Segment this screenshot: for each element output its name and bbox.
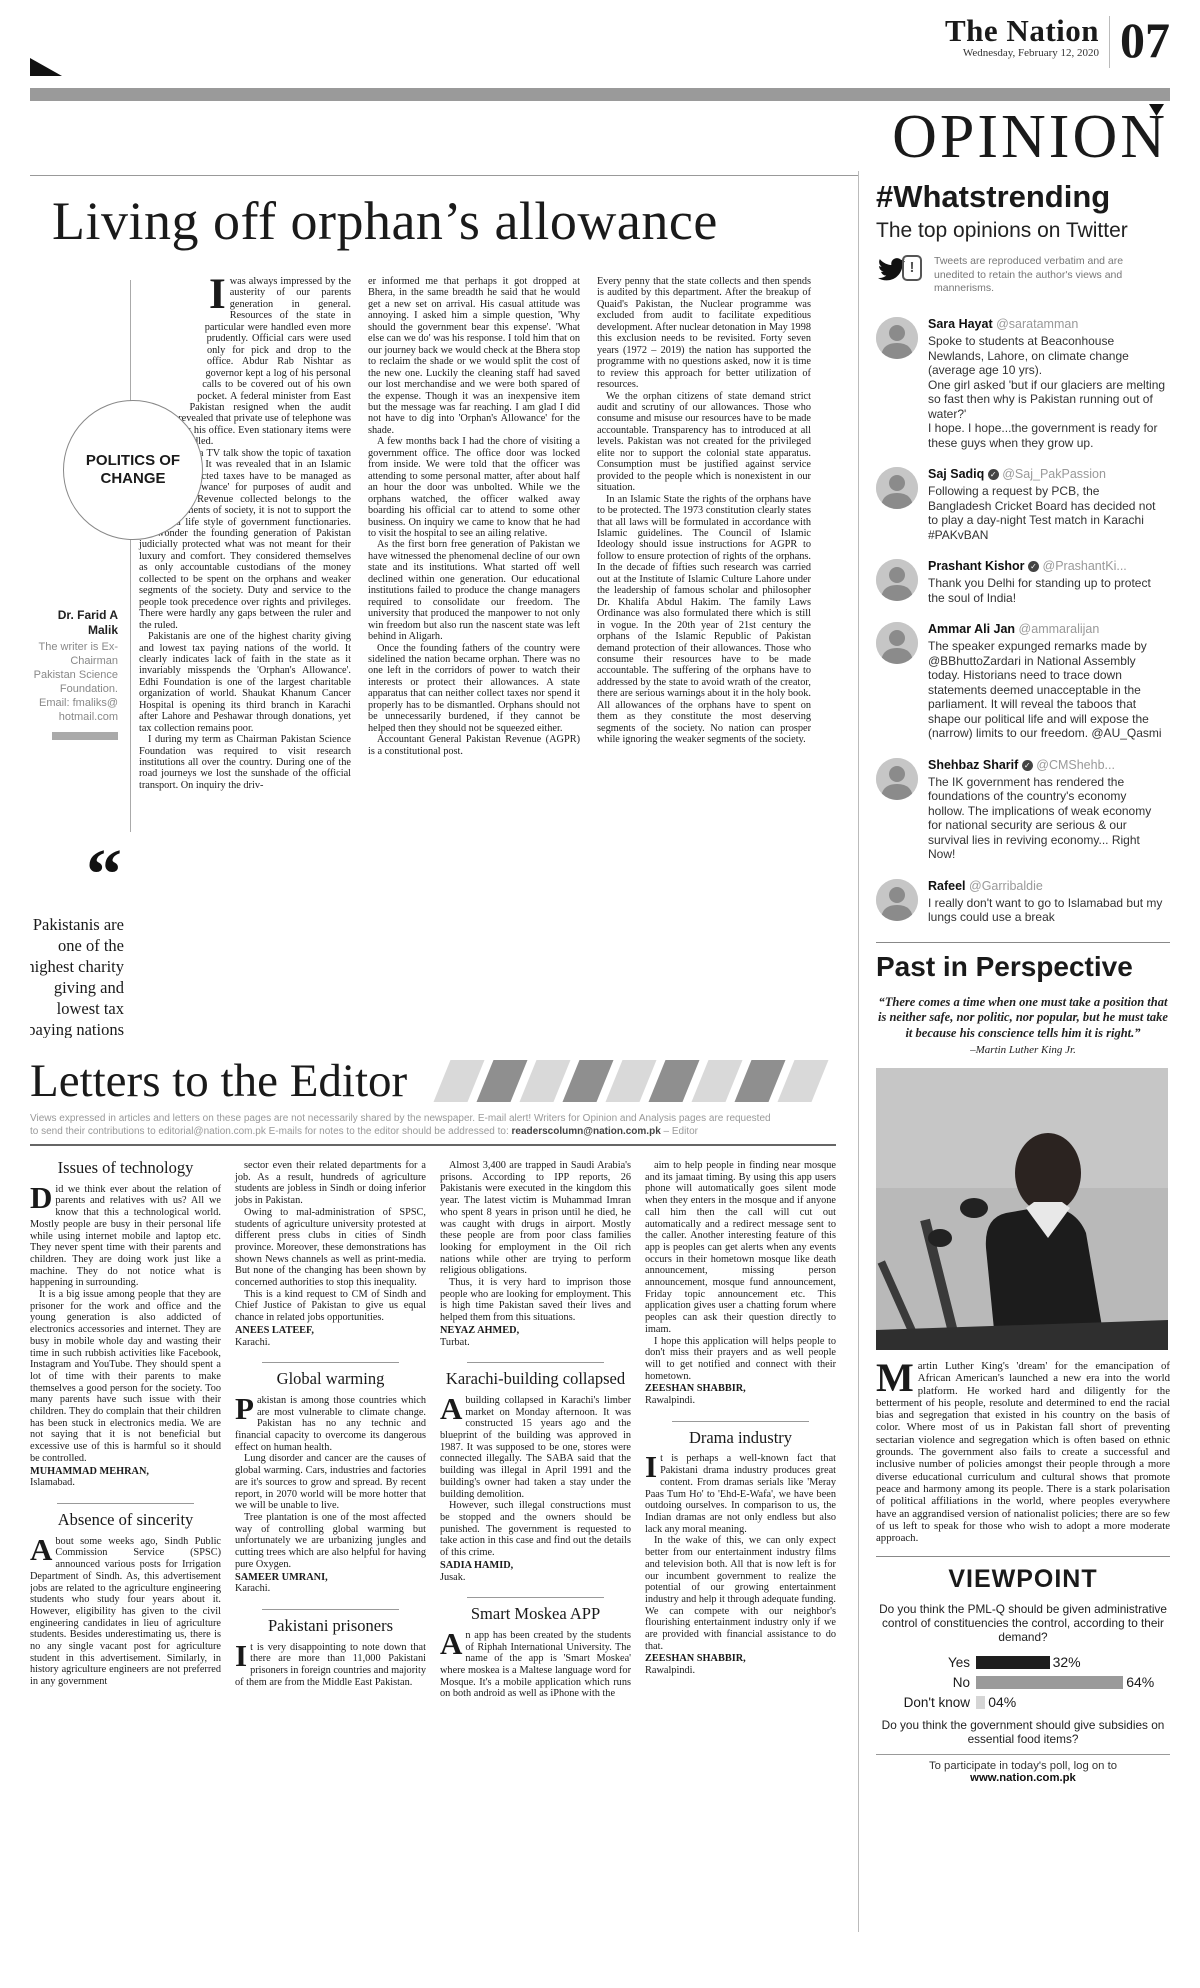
letter-paragraph: Thus, it is very hard to imprison those … (440, 1277, 631, 1324)
letter-heading: Absence of sincerity (30, 1514, 221, 1526)
letters-stripes (433, 1060, 820, 1102)
tweet-author: Sara Hayat (928, 317, 996, 331)
rail-line (130, 280, 131, 832)
disclaimer-editor: – Editor (661, 1126, 698, 1137)
tweet-text: Following a request by PCB, the Banglade… (928, 484, 1166, 542)
tweet-header: Rafeel @Garribaldie (928, 879, 1166, 894)
letter-paragraph: Almost 3,400 are trapped in Saudi Arabia… (440, 1160, 631, 1277)
letters-stripe (434, 1060, 485, 1102)
tweet-handle: @CMShehb... (1036, 758, 1115, 772)
letter-paragraph: A building collapsed in Karachi's limber… (440, 1395, 631, 1500)
letter-author: ZEESHAN SHABBIR, (645, 1653, 836, 1665)
past-quote: “There comes a time when one must take a… (876, 995, 1170, 1042)
letters-column-4: aim to help people in finding near mosqu… (645, 1160, 836, 1932)
article-column-3: Every penny that the state collects and … (597, 276, 811, 1038)
letter-signature: SADIA HAMID,Jusak. (440, 1560, 631, 1583)
letters-stripe (477, 1060, 528, 1102)
past-title: Past in Perspective (876, 951, 1170, 983)
tweet-handle: @ammaralijan (1019, 622, 1100, 636)
letter-divider (467, 1362, 605, 1363)
verified-badge-icon: ✓ (1022, 760, 1033, 771)
kicker-badge: POLITICS OF CHANGE (63, 400, 203, 540)
whatstrending-section: #Whatstrending The top opinions on Twitt… (876, 179, 1170, 925)
tweet: Prashant Kishor ✓ @PrashantKi...Thank yo… (876, 559, 1170, 605)
left-column: Living off orphan’s allowance POLITICS O… (30, 171, 858, 1932)
tweet-author: Saj Sadiq (928, 467, 988, 481)
tweet-header: Sara Hayat @saratamman (928, 317, 1166, 332)
verified-badge-icon: ✓ (988, 469, 999, 480)
section-bar (30, 88, 1170, 101)
article-paragraph: As the first born free generation of Pak… (368, 539, 580, 642)
article-paragraph: Pakistanis are one of the highest charit… (139, 631, 351, 734)
main-article: Living off orphan’s allowance POLITICS O… (30, 175, 858, 1038)
letter-paragraph: I hope this application will helps peopl… (645, 1336, 836, 1383)
poll-footer-text: To participate in today's poll, log on t… (929, 1760, 1117, 1772)
letter-author: ZEESHAN SHABBIR, (645, 1383, 836, 1395)
letter-divider (672, 1421, 810, 1422)
disclaimer-line1: Views expressed in articles and letters … (30, 1113, 771, 1124)
letter-paragraph: This is a kind request to CM of Sindh an… (235, 1289, 426, 1324)
letter-paragraph: Pakistan is among those countries which … (235, 1395, 426, 1454)
tweet: Saj Sadiq ✓ @Saj_PakPassionFollowing a r… (876, 467, 1170, 542)
author-name: Dr. Farid A Malik (30, 608, 118, 638)
poll-row: No64% (876, 1674, 1170, 1690)
tweet-text: The IK government has rendered the found… (928, 775, 1166, 862)
article-column-1: I was always impressed by the austerity … (139, 276, 351, 1038)
letter-paragraph: Tree plantation is one of the most affec… (235, 1512, 426, 1571)
letter-divider (57, 1503, 195, 1504)
letters-rule (30, 1144, 836, 1146)
letter-paragraph: In the wake of this, we can only expect … (645, 1535, 836, 1652)
masthead: The Nation Wednesday, February 12, 2020 … (30, 16, 1170, 82)
tweet-text: Thank you Delhi for standing up to prote… (928, 576, 1166, 605)
paper-date: Wednesday, February 12, 2020 (945, 47, 1099, 59)
section-title: OPINION (30, 105, 1170, 169)
tweet-author: Rafeel (928, 879, 969, 893)
letters-title: Letters to the Editor (30, 1056, 407, 1106)
letters-stripe (778, 1060, 829, 1102)
letter-city: Karachi. (235, 1337, 426, 1349)
tweet-header: Shehbaz Sharif ✓ @CMShehb... (928, 758, 1166, 773)
tweet-author: Ammar Ali Jan (928, 622, 1019, 636)
exclamation-icon: ! (902, 255, 922, 281)
letter-divider (467, 1597, 605, 1598)
quote-mark-icon: “ (54, 844, 122, 904)
letters-stripe (563, 1060, 614, 1102)
article-paragraph: Every penny that the state collects and … (597, 276, 811, 391)
letters-stripe (606, 1060, 657, 1102)
letter-author: ANEES LATEEF, (235, 1325, 426, 1337)
tweet-handle: @Garribaldie (969, 879, 1043, 893)
page-number: 07 (1110, 16, 1170, 64)
letter-paragraph: Lung disorder and cancer are the causes … (235, 1453, 426, 1512)
poll-value: 64% (1123, 1674, 1154, 1690)
letters-column-2: sector even their related departments fo… (235, 1160, 426, 1932)
masthead-right: The Nation Wednesday, February 12, 2020 … (945, 16, 1170, 68)
author-bio: The writer is Ex-Chairman Pakistan Scien… (30, 640, 118, 724)
letters-column-3: Almost 3,400 are trapped in Saudi Arabia… (440, 1160, 631, 1932)
right-rail: #Whatstrending The top opinions on Twitt… (858, 171, 1170, 1932)
poll-bar (976, 1656, 1050, 1669)
letter-city: Islamabad. (30, 1477, 221, 1489)
letter-paragraph: aim to help people in finding near mosqu… (645, 1160, 836, 1336)
article-paragraph: In an Islamic State the rights of the or… (597, 494, 811, 746)
letter-signature: ANEES LATEEF,Karachi. (235, 1325, 426, 1348)
tweet: Sara Hayat @saratammanSpoke to students … (876, 317, 1170, 450)
letter-heading: Global warming (235, 1373, 426, 1385)
letter-signature: SAMEER UMRANI,Karachi. (235, 1572, 426, 1595)
letters-stripe (649, 1060, 700, 1102)
tweet-avatar (876, 879, 918, 921)
letter-city: Rawalpindi. (645, 1665, 836, 1677)
viewpoint-question-1: Do you think the PML-Q should be given a… (876, 1602, 1170, 1644)
tweet-header: Saj Sadiq ✓ @Saj_PakPassion (928, 467, 1166, 482)
letters-stripe (520, 1060, 571, 1102)
letter-paragraph: It is very disappointing to note down th… (235, 1642, 426, 1689)
tweet-text: Spoke to students at Beaconhouse Newland… (928, 334, 1166, 450)
letters-header: Letters to the Editor (30, 1056, 836, 1106)
article-paragraph: er informed me that perhaps it got dropp… (368, 276, 580, 436)
tweet-avatar (876, 622, 918, 664)
poll-row: Don't know04% (876, 1694, 1170, 1710)
viewpoint-question-2: Do you think the government should give … (876, 1718, 1170, 1746)
poll-option-label: No (876, 1675, 976, 1690)
article-rail: POLITICS OF CHANGE Dr. Farid A Malik The… (30, 276, 122, 1038)
tweet-avatar (876, 758, 918, 800)
letter-author: NEYAZ AHMED, (440, 1325, 631, 1337)
tweet: Ammar Ali Jan @ammaralijanThe speaker ex… (876, 622, 1170, 741)
readers-column-email: readerscolumn@nation.com.pk (512, 1126, 661, 1137)
tweet-text: I really don't want to go to Islamabad b… (928, 896, 1166, 925)
poll-value: 04% (985, 1694, 1016, 1710)
paper-name: The Nation (945, 16, 1099, 46)
viewpoint-footer: To participate in today's poll, log on t… (876, 1754, 1170, 1792)
letter-city: Jusak. (440, 1572, 631, 1584)
article-paragraph: We the orphan citizens of state demand s… (597, 391, 811, 494)
letter-divider (262, 1609, 400, 1610)
twitter-bird-icon: ! (876, 255, 934, 303)
letter-author: MUHAMMAD MEHRAN, (30, 1466, 221, 1478)
tweet-header: Prashant Kishor ✓ @PrashantKi... (928, 559, 1166, 574)
letter-signature: ZEESHAN SHABBIR,Rawalpindi. (645, 1383, 836, 1406)
viewpoint-title: VIEWPOINT (876, 1565, 1170, 1594)
poll-bar (976, 1696, 985, 1709)
past-body: Martin Luther King's 'dream' for the ema… (876, 1360, 1170, 1544)
letter-signature: ZEESHAN SHABBIR,Rawalpindi. (645, 1653, 836, 1676)
poll-value: 32% (1050, 1654, 1081, 1670)
letters-column-1: Issues of technologyDid we think ever ab… (30, 1160, 221, 1932)
letter-paragraph: It is a big issue among people that they… (30, 1289, 221, 1465)
letter-heading: Drama industry (645, 1432, 836, 1444)
letter-signature: MUHAMMAD MEHRAN,Islamabad. (30, 1466, 221, 1489)
poll-results: Yes32%No64%Don't know04% (876, 1654, 1170, 1710)
tweet-text: The speaker expunged remarks made by @BB… (928, 639, 1166, 741)
article-body: POLITICS OF CHANGE Dr. Farid A Malik The… (30, 276, 830, 1038)
tweets-list: Sara Hayat @saratammanSpoke to students … (876, 317, 1170, 925)
mlk-photo (876, 1068, 1168, 1350)
verified-badge-icon: ✓ (1028, 561, 1039, 572)
article-paragraph: Once the founding fathers of the country… (368, 643, 580, 735)
tweet-handle: @saratamman (996, 317, 1078, 331)
letter-paragraph: Owing to mal-administration of SPSC, stu… (235, 1207, 426, 1289)
letter-paragraph: Did we think ever about the relation of … (30, 1184, 221, 1289)
letter-paragraph: It is perhaps a well-known fact that Pak… (645, 1453, 836, 1535)
letters-disclaimer: Views expressed in articles and letters … (30, 1112, 836, 1138)
letter-divider (262, 1362, 400, 1363)
poll-option-label: Yes (876, 1655, 976, 1670)
letter-heading: Issues of technology (30, 1162, 221, 1174)
letter-heading: Smart Moskea APP (440, 1608, 631, 1620)
letters-body: Issues of technologyDid we think ever ab… (30, 1160, 836, 1932)
letter-heading: Pakistani prisoners (235, 1620, 426, 1632)
article-title: Living off orphan’s allowance (52, 190, 858, 252)
article-column-2: er informed me that perhaps it got dropp… (368, 276, 580, 1038)
letters-stripe (692, 1060, 743, 1102)
disclaimer-line2: to send their contributions to editorial… (30, 1126, 512, 1137)
corner-flag-icon (30, 58, 62, 76)
letters-section: Letters to the Editor Views expressed in… (30, 1056, 836, 1932)
letter-city: Rawalpindi. (645, 1395, 836, 1407)
letter-paragraph: An app has been created by the students … (440, 1630, 631, 1700)
letter-paragraph: However, such illegal constructions must… (440, 1500, 631, 1559)
pull-quote: Pakistanis are one of the highest charit… (30, 914, 124, 1038)
tweet-author: Shehbaz Sharif (928, 758, 1022, 772)
past-quote-attribution: –Martin Luther King Jr. (876, 1044, 1170, 1056)
article-paragraph: A few months back I had the chore of vis… (368, 436, 580, 539)
letter-heading: Karachi-building collapsed (440, 1373, 631, 1385)
tweet: Rafeel @GarribaldieI really don't want t… (876, 879, 1170, 925)
tweet-author: Prashant Kishor (928, 559, 1028, 573)
letter-paragraph: sector even their related departments fo… (235, 1160, 426, 1207)
tweet-avatar (876, 467, 918, 509)
letter-author: SADIA HAMID, (440, 1560, 631, 1572)
poll-bar (976, 1676, 1123, 1689)
poll-url: www.nation.com.pk (970, 1772, 1076, 1784)
newspaper-page: The Nation Wednesday, February 12, 2020 … (0, 0, 1200, 1988)
author-block: Dr. Farid A Malik The writer is Ex-Chair… (30, 608, 118, 740)
letter-paragraph: About some weeks ago, Sindh Public Commi… (30, 1536, 221, 1688)
whatstrending-subtitle: The top opinions on Twitter (876, 219, 1170, 243)
poll-option-label: Don't know (876, 1695, 976, 1710)
poll-row: Yes32% (876, 1654, 1170, 1670)
letter-city: Karachi. (235, 1583, 426, 1595)
tweet-handle: @Saj_PakPassion (1002, 467, 1106, 481)
whatstrending-title: #Whatstrending (876, 179, 1170, 215)
tweet: Shehbaz Sharif ✓ @CMShehb...The IK gover… (876, 758, 1170, 862)
author-rule (52, 732, 118, 740)
tweet-avatar (876, 317, 918, 359)
tweet-header: Ammar Ali Jan @ammaralijan (928, 622, 1166, 637)
past-in-perspective-section: Past in Perspective “There comes a time … (876, 942, 1170, 1545)
letters-stripe (735, 1060, 786, 1102)
viewpoint-section: VIEWPOINT Do you think the PML-Q should … (876, 1556, 1170, 1792)
tweet-avatar (876, 559, 918, 601)
letter-author: SAMEER UMRANI, (235, 1572, 426, 1584)
letter-signature: NEYAZ AHMED,Turbat. (440, 1325, 631, 1348)
article-paragraph: Accountant General Pakistan Revenue (AGP… (368, 734, 580, 757)
letter-city: Turbat. (440, 1337, 631, 1349)
tweet-handle: @PrashantKi... (1043, 559, 1127, 573)
page-content: Living off orphan’s allowance POLITICS O… (30, 171, 1170, 1932)
whatstrending-note: Tweets are reproduced verbatim and are u… (934, 255, 1144, 296)
article-paragraph: I during my term as Chairman Pakistan Sc… (139, 734, 351, 791)
kicker-label: POLITICS OF CHANGE (83, 452, 183, 488)
